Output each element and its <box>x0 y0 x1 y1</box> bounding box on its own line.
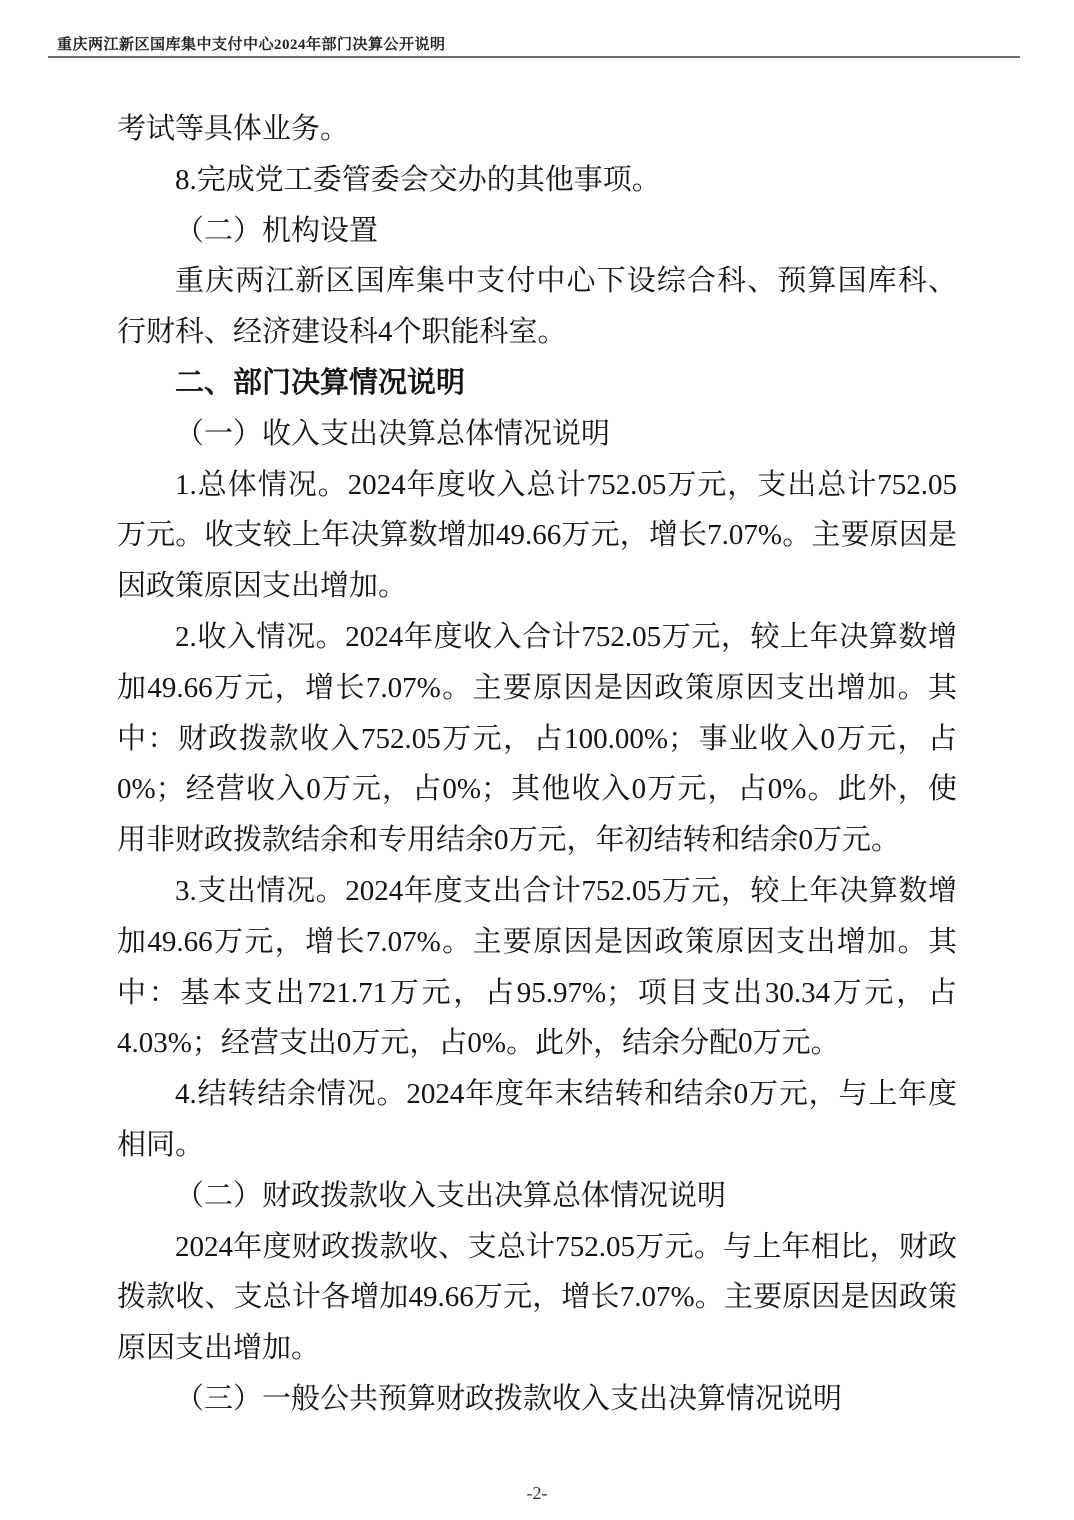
paragraph-overall-situation: 1.总体情况。2024年度收入总计752.05万元，支出总计752.05万元。收… <box>117 460 957 612</box>
document-body: 考试等具体业务。 8.完成党工委管委会交办的其他事项。 （二）机构设置 重庆两江… <box>117 104 957 1425</box>
page-footer: -2- <box>0 1483 1074 1504</box>
paragraph-expense-situation: 3.支出情况。2024年度支出合计752.05万元，较上年决算数增加49.66万… <box>117 866 957 1069</box>
header-rule <box>48 56 1020 58</box>
paragraph-continuation: 考试等具体业务。 <box>117 104 957 155</box>
subsection-heading-overall-income-expense: （一）收入支出决算总体情况说明 <box>117 409 957 460</box>
paragraph-fiscal-appropriation-detail: 2024年度财政拨款收、支总计752.05万元。与上年相比，财政拨款收、支总计各… <box>117 1222 957 1374</box>
section-heading-final-accounts: 二、部门决算情况说明 <box>117 358 957 409</box>
paragraph-org-departments: 重庆两江新区国库集中支付中心下设综合科、预算国库科、行财科、经济建设科4个职能科… <box>117 256 957 358</box>
document-page: 重庆两江新区国库集中支付中心2024年部门决算公开说明 考试等具体业务。 8.完… <box>0 0 1074 1520</box>
subsection-heading-fiscal-appropriation: （二）财政拨款收入支出决算总体情况说明 <box>117 1171 957 1222</box>
page-header-title: 重庆两江新区国库集中支付中心2024年部门决算公开说明 <box>57 33 446 54</box>
paragraph-carryover-situation: 4.结转结余情况。2024年度年末结转和结余0万元，与上年度相同。 <box>117 1069 957 1171</box>
subsection-heading-general-public-budget: （三）一般公共预算财政拨款收入支出决算情况说明 <box>117 1374 957 1425</box>
subsection-heading-org-setup: （二）机构设置 <box>117 206 957 257</box>
paragraph-income-situation: 2.收入情况。2024年度收入合计752.05万元，较上年决算数增加49.66万… <box>117 612 957 866</box>
page-number: -2- <box>527 1483 548 1503</box>
paragraph-item-8: 8.完成党工委管委会交办的其他事项。 <box>117 155 957 206</box>
